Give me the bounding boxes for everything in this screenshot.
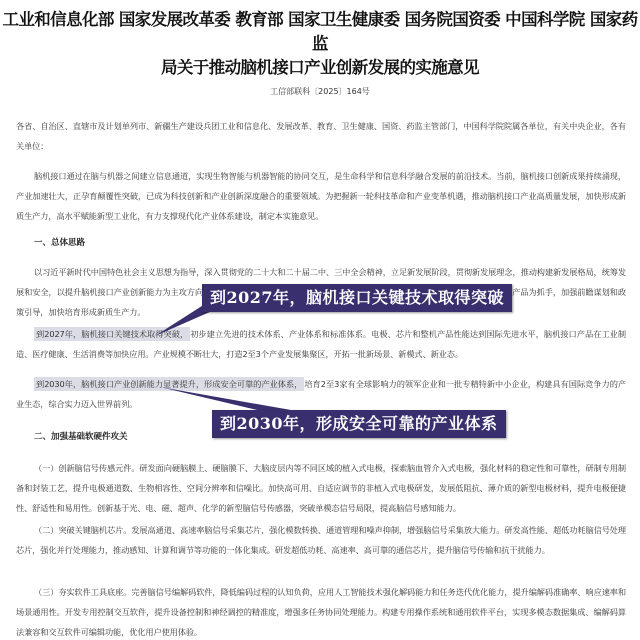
document-number: 工信部联科〔2025〕164号 (0, 86, 640, 97)
goal-2027-paragraph: 到2027年，脑机接口关键技术取得突破，初步建立先进的技术体系、产业体系和标准体… (16, 324, 626, 364)
title-line-1: 工业和信息化部 国家发展改革委 教育部 国家卫生健康委 国务院国资委 中国科学院… (0, 8, 640, 56)
intro-paragraph: 脑机接口通过在脑与机器之间建立信息通道，实现生物智能与机器智能的协同交互，是生命… (16, 166, 626, 226)
section2-item1: （一）创新脑信号传感元件。研发面向硬脑膜上、硬脑膜下、大脑皮层内等不同区域的植入… (16, 458, 626, 518)
document-title: 工业和信息化部 国家发展改革委 教育部 国家卫生健康委 国务院国资委 中国科学院… (0, 8, 640, 80)
callout-2030: 到2030年，形成安全可靠的产业体系 (212, 410, 506, 438)
callout-2027: 到2027年，脑机接口关键技术取得突破 (202, 284, 512, 312)
title-line-2: 局关于推动脑机接口产业创新发展的实施意见 (0, 56, 640, 80)
section2-item3: （三）夯实软件工具底座。完善脑信号编解码软件，降低编码过程的认知负荷，应用人工智… (16, 582, 626, 640)
addressee-paragraph: 各省、自治区、直辖市及计划单列市、新疆生产建设兵团工业和信息化、发展改革、教育、… (16, 116, 626, 156)
section2-item2: （二）突破关键脑机芯片。发展高通道、高速率脑信号采集芯片，强化模数转换、通道管理… (16, 520, 626, 560)
section2-heading: 二、加强基础软硬件攻关 (34, 430, 128, 442)
goal-2030-paragraph: 到2030年，脑机接口产业创新能力显著提升，形成安全可靠的产业体系，培育2至3家… (16, 374, 626, 414)
section1-heading: 一、总体思路 (34, 236, 85, 248)
